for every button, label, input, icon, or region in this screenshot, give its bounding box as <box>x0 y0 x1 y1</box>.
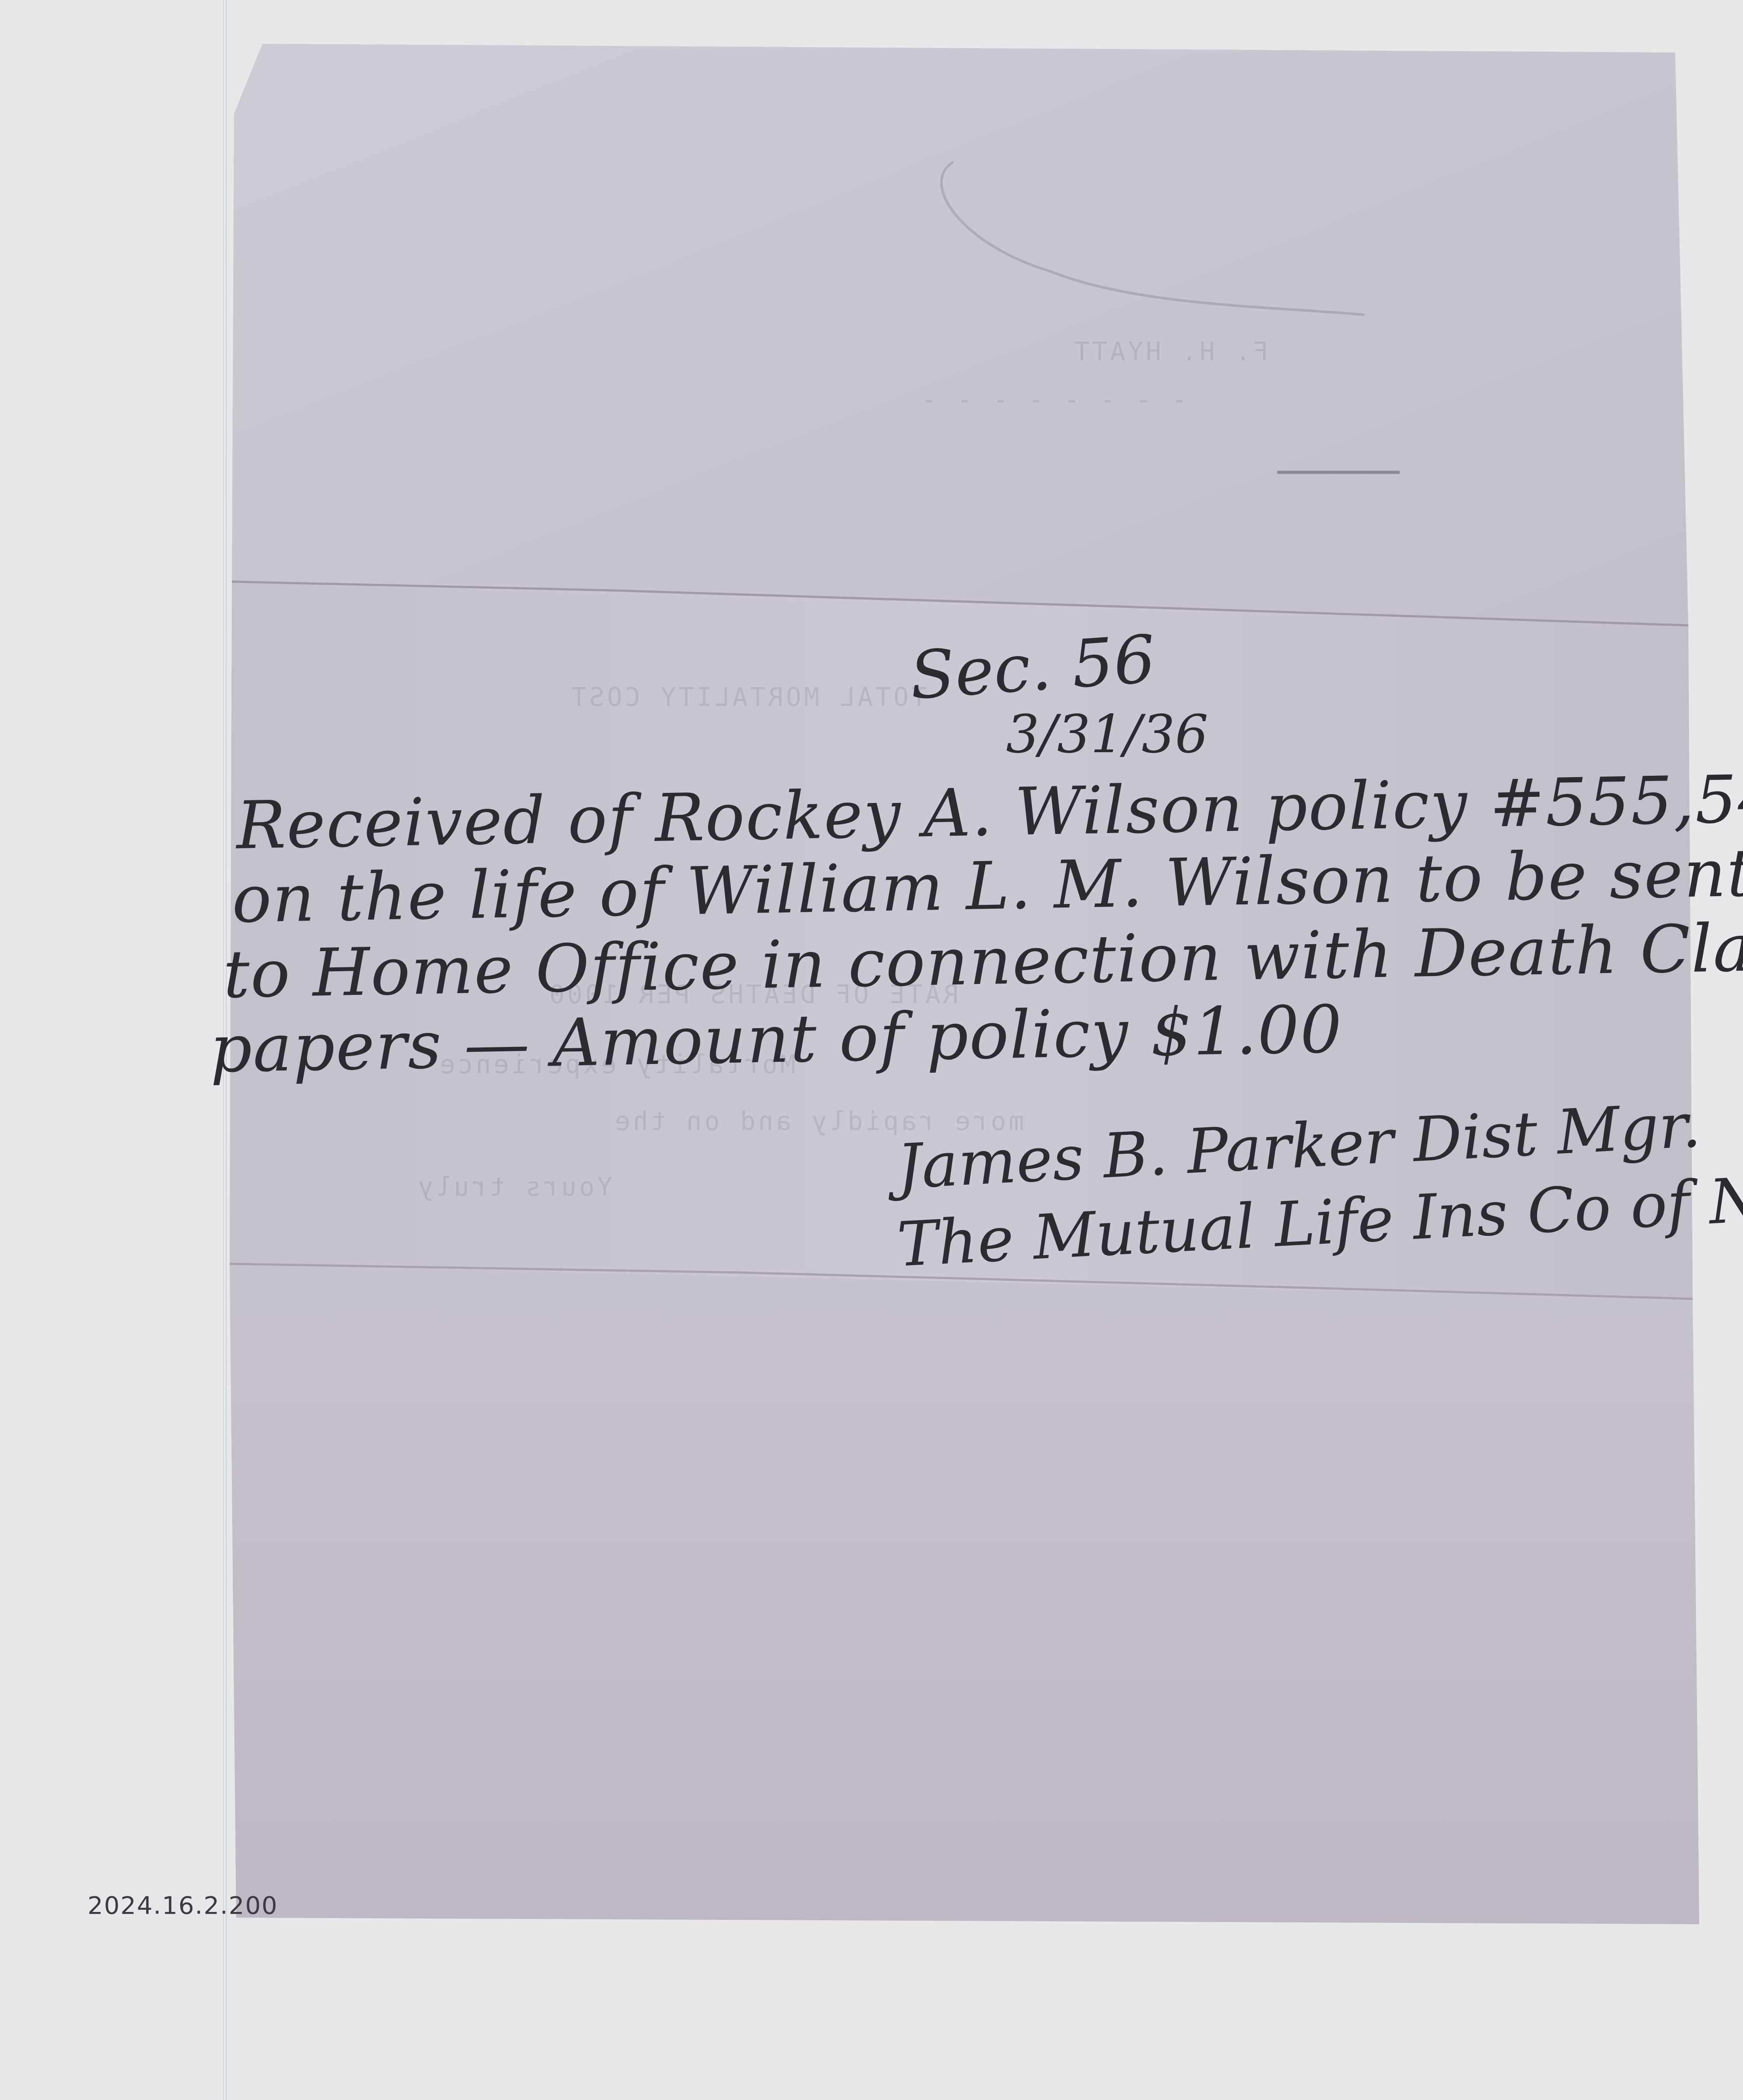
bleed-through-text-1: F. H. HYATT <box>1072 337 1268 366</box>
bleed-through-text-7: Yours truly <box>416 1172 612 1202</box>
catalog-number: 2024.16.2.200 <box>87 1891 278 1920</box>
bleed-through-text-2: - - - - - - - - <box>919 385 1187 415</box>
bleed-through-text-3: TOTAL MORTALITY COST <box>569 682 926 712</box>
receipt-date: 3/31/36 <box>1006 704 1209 765</box>
